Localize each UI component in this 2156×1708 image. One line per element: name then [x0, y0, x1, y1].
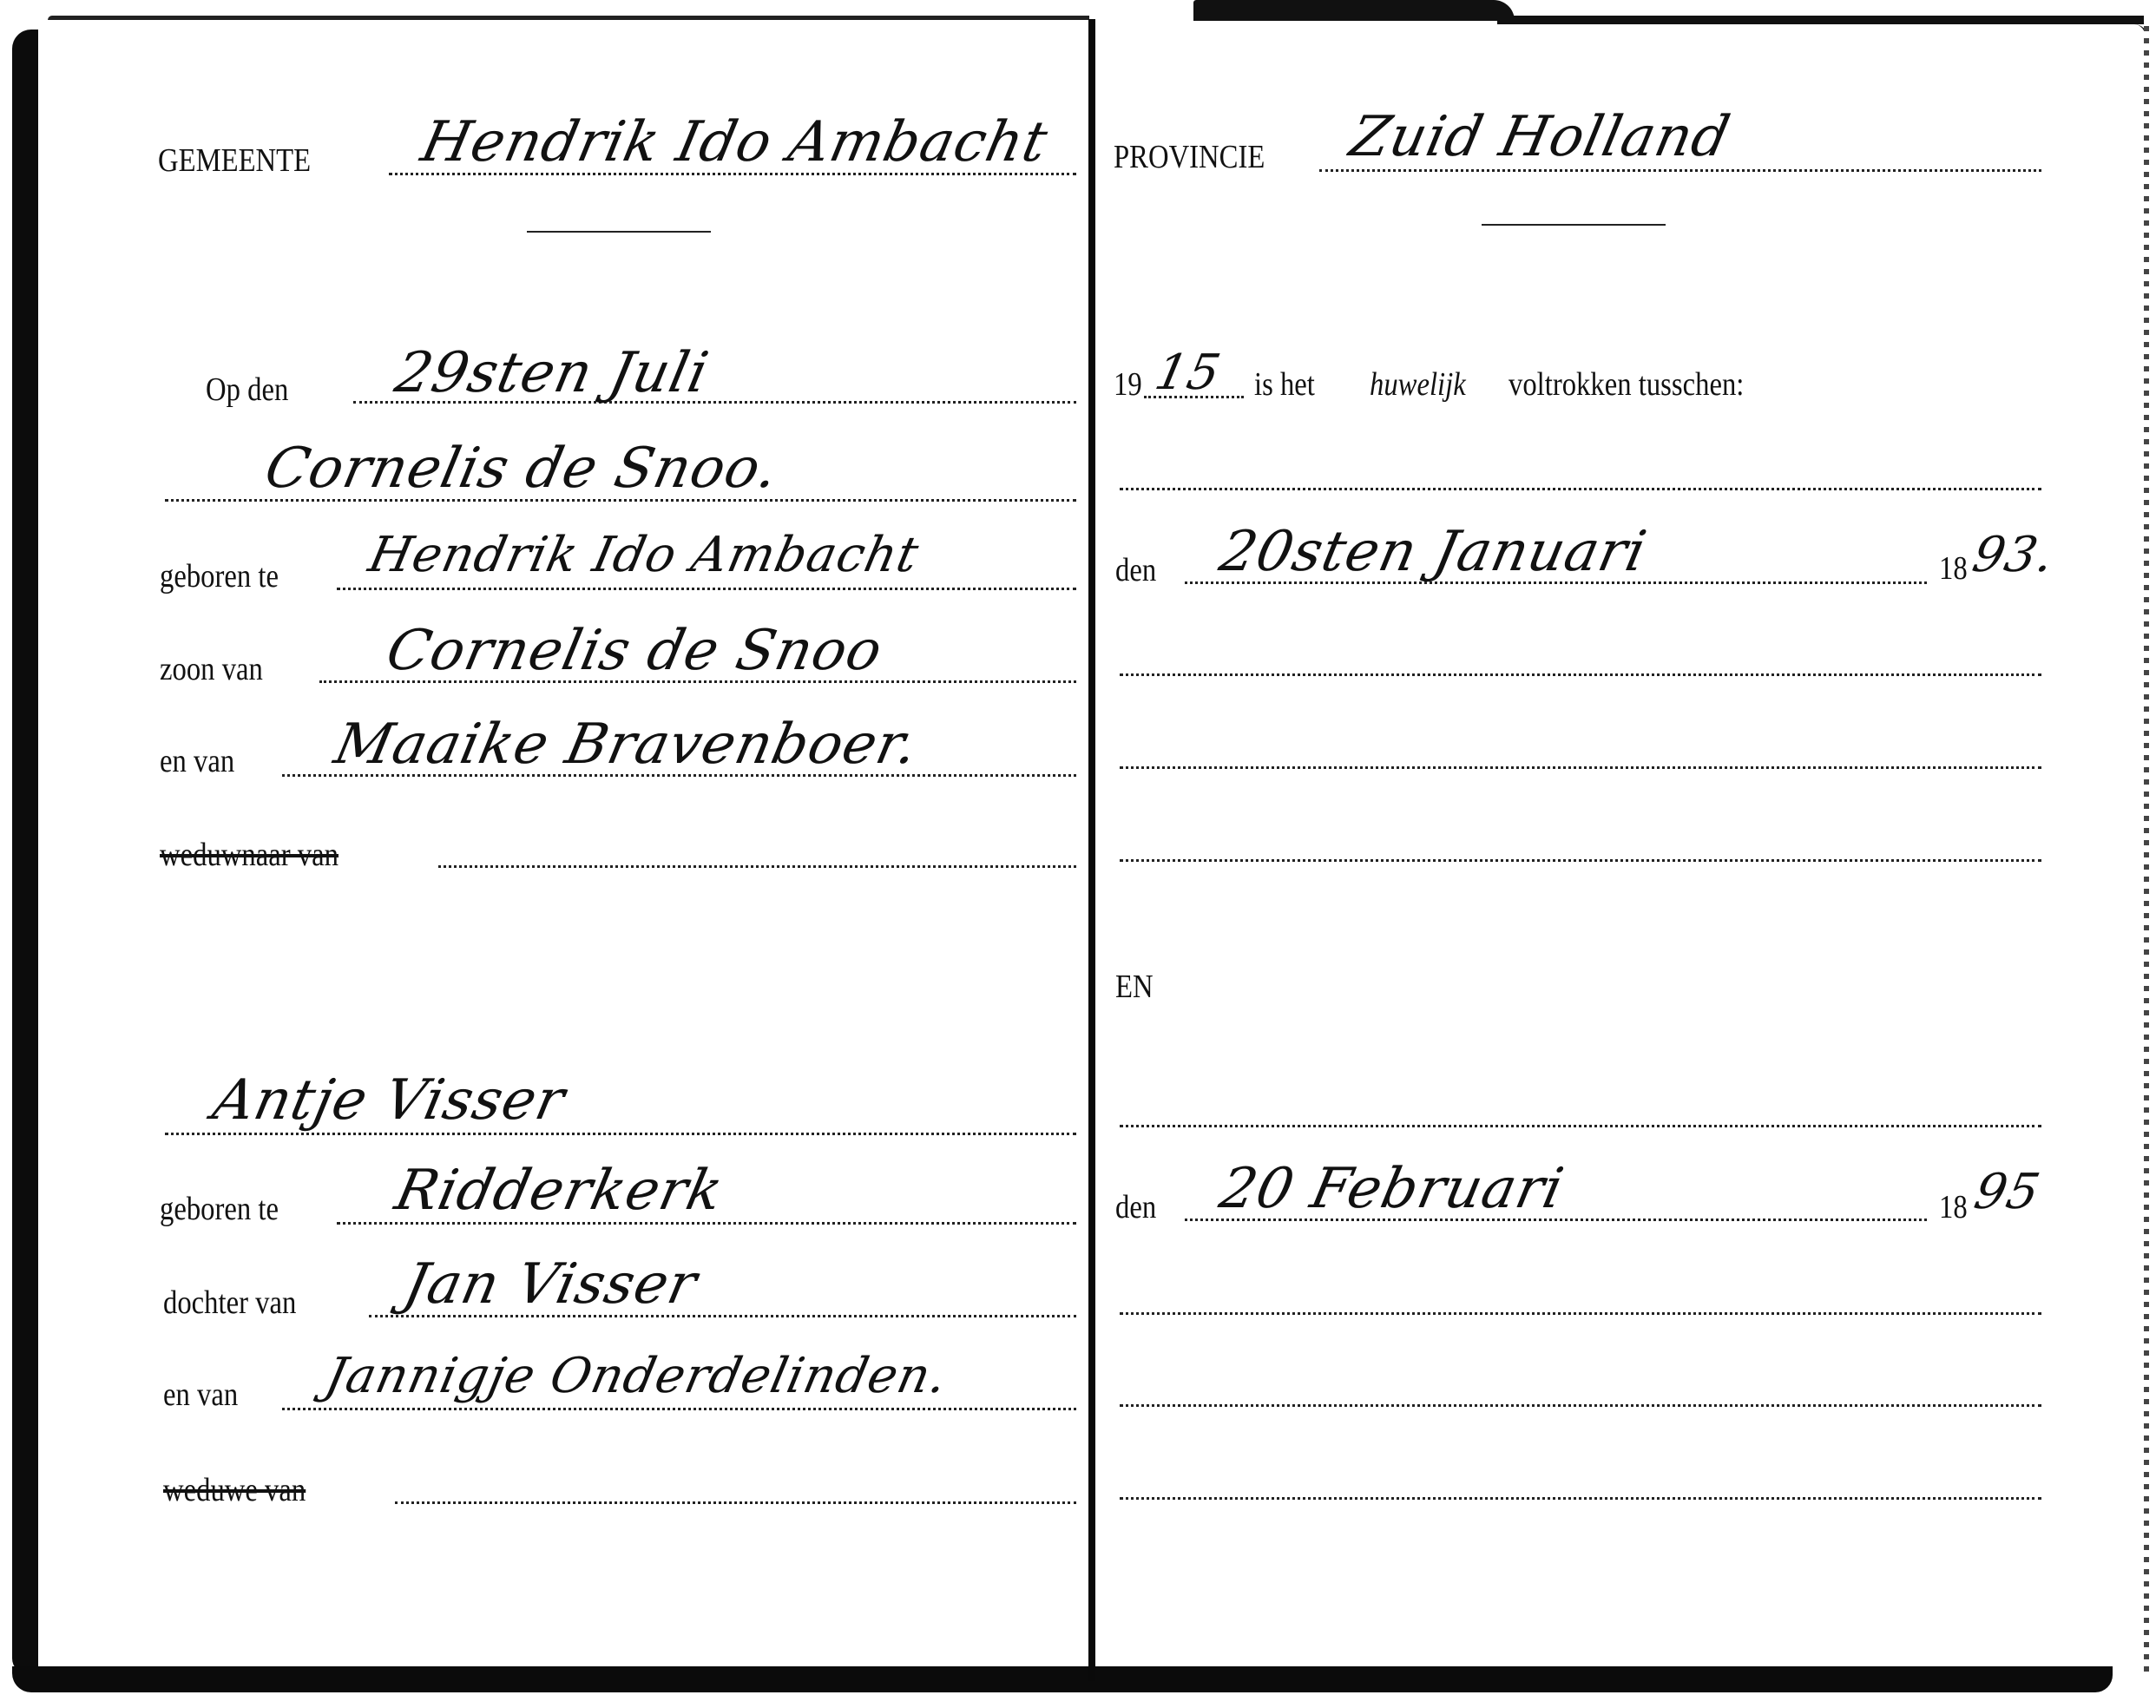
right-blank-line-3 [1120, 766, 2041, 769]
op-den-label: Op den [206, 373, 288, 406]
marriage-text-1: is het [1254, 368, 1315, 401]
groom-birth-date: 20sten Januari [1215, 524, 1652, 580]
bride-birth-date: 20 Februari [1215, 1161, 1568, 1217]
year-suffix: 15 [1151, 349, 1225, 397]
widower-label-struck: weduwnaar van [160, 838, 339, 871]
bride-den-label: den [1115, 1191, 1156, 1224]
provincie-value: Zuid Holland [1345, 109, 1735, 165]
huwelijk-italic: huwelijk [1370, 366, 1466, 403]
marriage-text-italic: huwelijk [1370, 368, 1466, 401]
en-label: EN [1115, 970, 1154, 1003]
right-blank-line-1 [1120, 488, 2041, 490]
widow-dotted-line [395, 1501, 1076, 1504]
right-blank-line-5 [1120, 1125, 2041, 1127]
bride-birthplace-label: geboren te [160, 1192, 279, 1225]
groom-birth-year-prefix: 18 [1939, 552, 1968, 585]
right-page [1095, 24, 2148, 1666]
page-edge-right [2144, 26, 2149, 1675]
bride-mother-dotted-line [282, 1408, 1076, 1410]
widow-label-struck: weduwe van [163, 1474, 306, 1507]
book-cover-top-left-edge [48, 16, 1089, 20]
groom-mother: Maaike Bravenboer. [330, 717, 923, 772]
right-blank-line-4 [1120, 859, 2041, 862]
bride-birthplace: Ridderkerk [391, 1163, 728, 1219]
provincie-dotted-line [1319, 169, 2041, 172]
bride-father: Jan Visser [399, 1257, 702, 1312]
right-blank-line-7 [1120, 1404, 2041, 1407]
marriage-text-2: voltrokken tusschen: [1509, 368, 1744, 401]
groom-birthplace-dotted-line [337, 588, 1076, 590]
book-cover-left-edge [12, 30, 38, 1674]
right-blank-line-8 [1120, 1497, 2041, 1500]
bride-birth-year-prefix: 18 [1939, 1191, 1968, 1224]
groom-birth-year-suffix: 93. [1969, 531, 2059, 580]
groom-name: Cornelis de Snoo. [260, 441, 783, 496]
widower-dotted-line [438, 865, 1076, 868]
groom-birthplace: Hendrik Ido Ambacht [365, 531, 923, 580]
year-prefix: 19 [1114, 368, 1142, 401]
right-blank-line-6 [1120, 1312, 2041, 1315]
gemeente-divider [527, 231, 711, 233]
bride-mother: Jannigje Onderdelinden. [321, 1352, 951, 1401]
book-spine [1088, 19, 1095, 1681]
gemeente-value: Hendrik Ido Ambacht [417, 115, 1053, 170]
book-cover-top-tab [1193, 0, 1515, 21]
book-cover-bottom-edge [12, 1666, 2113, 1692]
bride-name-dotted-line [165, 1133, 1076, 1135]
groom-father-label: zoon van [160, 653, 263, 686]
groom-father: Cornelis de Snoo [382, 623, 887, 679]
op-den-value: 29sten Juli [391, 345, 713, 401]
bride-mother-label: en van [163, 1378, 238, 1411]
groom-mother-label: en van [160, 745, 234, 778]
bride-father-label: dochter van [163, 1286, 296, 1319]
book-cover-top-right-edge [1497, 16, 2144, 24]
right-blank-line-2 [1120, 673, 2041, 676]
provincie-label: PROVINCIE [1114, 141, 1265, 174]
bride-birth-year-suffix: 95 [1970, 1168, 2044, 1217]
groom-den-label: den [1115, 554, 1156, 587]
bride-name: Antje Visser [208, 1073, 570, 1128]
groom-birthplace-label: geboren te [160, 560, 279, 593]
gemeente-label: GEMEENTE [158, 144, 311, 177]
provincie-divider [1482, 224, 1666, 226]
